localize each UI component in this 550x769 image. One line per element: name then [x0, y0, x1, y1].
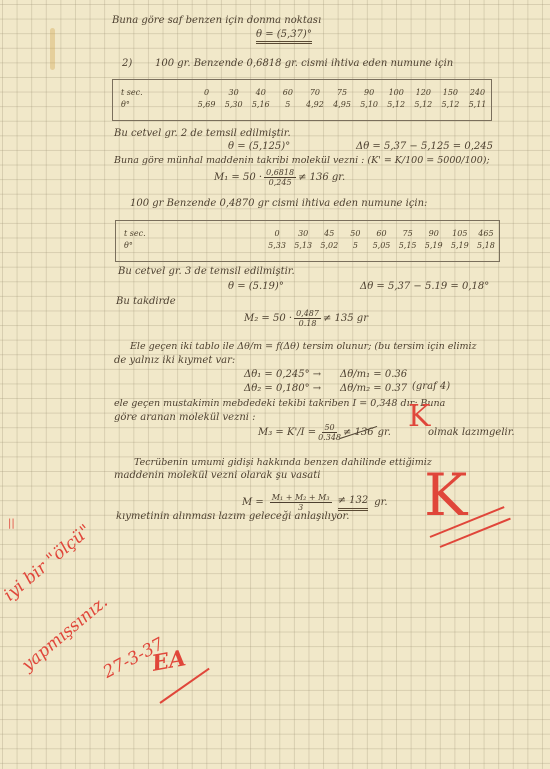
- m3-equation: M₃ = K'/I = 50 0.348 ≠ 136 gr.: [258, 423, 391, 442]
- teacher-comment-line2: yapmışsınız.: [18, 592, 112, 675]
- red-k-mark-small: K: [408, 402, 430, 432]
- table-sample-2: t sec. 0 30 45 50 60 75 90 105 465 θ° 5,…: [115, 220, 500, 262]
- section4-line2: de yalnız iki kıymet var:: [114, 355, 235, 367]
- cell: 5,12: [437, 99, 464, 110]
- cell: 240: [464, 87, 491, 98]
- cell: 465: [473, 228, 499, 239]
- cell: 60: [274, 87, 301, 98]
- section4-line4: göre aranan molekül vezni :: [114, 412, 256, 424]
- section5-line3: kıymetinin alınması lazım geleceği anlaş…: [116, 511, 349, 523]
- cell: 0: [264, 228, 290, 239]
- cell: 5,19: [447, 240, 473, 251]
- m3-struck-result: ≠ 136: [343, 427, 374, 439]
- cell: 5,05: [368, 240, 394, 251]
- m2-result: ≠ 135 gr: [323, 313, 368, 325]
- cell: 5,15: [395, 240, 421, 251]
- cell: 100: [383, 87, 410, 98]
- formula-unit: gr.: [374, 497, 387, 509]
- row-label-time: t sec.: [113, 87, 193, 98]
- section1-intro: Buna göre saf benzen için donma noktası: [112, 15, 321, 27]
- pure-benzene-freezing-point: θ = (5,37)°: [256, 29, 312, 44]
- cell: 5,10: [356, 99, 383, 110]
- table-row-time: t sec. 0 30 40 60 70 75 90 100 120 150 2…: [113, 86, 491, 98]
- m2-numerator: 0,487: [294, 309, 321, 319]
- cell: 5: [274, 99, 301, 110]
- m1-equation: M₁ = 50 · 0,6818 0,245 ≠ 136 gr.: [214, 168, 345, 187]
- cell: 105: [447, 228, 473, 239]
- handwritten-page: Buna göre saf benzen için donma noktası …: [0, 0, 550, 769]
- cell: 5,18: [473, 240, 499, 251]
- cell: 5,30: [220, 99, 247, 110]
- cell: 45: [316, 228, 342, 239]
- section3-note: Bu cetvel gr. 3 de temsil edilmiştir.: [118, 266, 295, 278]
- section2-delta-eq: Δθ = 5,37 − 5,125 = 0,245: [356, 141, 493, 153]
- graph-reference: (graf 4): [412, 381, 450, 393]
- formula-fraction: M₁ + M₂ + M₃ 3: [270, 493, 332, 512]
- section2-number: 2): [122, 58, 132, 70]
- cell: 5,11: [464, 99, 491, 110]
- cell: 40: [247, 87, 274, 98]
- section2-note: Bu cetvel gr. 2 de temsil edilmiştir.: [114, 128, 291, 140]
- m1-fraction: 0,6818 0,245: [264, 168, 296, 187]
- m2-denominator: 0.18: [299, 319, 317, 328]
- cell: 4,92: [301, 99, 328, 110]
- cell: 5,33: [264, 240, 290, 251]
- cell: 5,12: [383, 99, 410, 110]
- formula-result: ≠ 132: [338, 495, 369, 511]
- cell: 5,02: [316, 240, 342, 251]
- cell: 75: [328, 87, 355, 98]
- section5-line1: Tecrübenin umumi gidişi hakkında benzen …: [134, 457, 432, 469]
- red-k-mark-large: K: [424, 466, 467, 524]
- delta1-ratio: Δθ/m₁ = 0.36: [340, 369, 407, 381]
- row-label-theta: θ°: [113, 99, 193, 110]
- section4-line3: ele geçen mustakimin mebdedeki tekibi ta…: [114, 398, 445, 410]
- cell: 30: [220, 87, 247, 98]
- section2-theta-eq: θ = (5,125)°: [228, 141, 290, 153]
- m2-lhs: M₂ = 50 ·: [244, 313, 292, 325]
- m2-fraction: 0,487 0.18: [294, 309, 321, 328]
- paper-stain: [50, 28, 55, 70]
- cell: 5,13: [290, 240, 316, 251]
- m1-result: ≠ 136 gr.: [298, 172, 345, 184]
- row-label-theta: θ°: [116, 240, 264, 251]
- m3-denominator: 0.348: [318, 433, 341, 442]
- cell: 90: [421, 228, 447, 239]
- average-formula: M = M₁ + M₂ + M₃ 3 ≠ 132 gr.: [242, 493, 388, 512]
- cell: 4,95: [328, 99, 355, 110]
- cell: 0: [193, 87, 220, 98]
- section4-line1: Ele geçen iki tablo ile Δθ/m = f(Δθ) ter…: [130, 341, 477, 353]
- m3-lhs: M₃ = K'/I =: [258, 427, 316, 439]
- section3-heading: 100 gr Benzende 0,4870 gr cismi ihtiva e…: [130, 198, 427, 210]
- m3-tail: olmak lazımgelir.: [428, 427, 515, 439]
- m1-denominator: 0,245: [269, 178, 292, 187]
- cell: 60: [368, 228, 394, 239]
- red-tick-marks: ||: [8, 518, 15, 529]
- cell: 70: [301, 87, 328, 98]
- m2-equation: M₂ = 50 · 0,487 0.18 ≠ 135 gr: [244, 309, 368, 328]
- table-row-theta: θ° 5,33 5,13 5,02 5 5,05 5,15 5,19 5,19 …: [116, 239, 499, 251]
- section3-delta-eq: Δθ = 5,37 − 5.19 = 0,18°: [360, 281, 489, 293]
- teacher-comment-line1: iyi bir "ölçü": [0, 521, 95, 605]
- cell: 150: [437, 87, 464, 98]
- table-row-time: t sec. 0 30 45 50 60 75 90 105 465: [116, 227, 499, 239]
- cell: 5: [342, 240, 368, 251]
- cell: 5,19: [421, 240, 447, 251]
- m3-unit: gr.: [378, 427, 391, 439]
- cell: 5,16: [247, 99, 274, 110]
- delta2-ratio: Δθ/m₂ = 0.37: [340, 383, 407, 395]
- cell: 120: [410, 87, 437, 98]
- cell: 5,12: [410, 99, 437, 110]
- delta2-eq: Δθ₂ = 0,180° →: [244, 383, 321, 395]
- m1-numerator: 0,6818: [264, 168, 296, 178]
- formula-numerator: M₁ + M₂ + M₃: [270, 493, 332, 503]
- section1-result: θ = (5,37)°: [256, 29, 312, 41]
- row-label-time: t sec.: [116, 228, 264, 239]
- cell: 75: [395, 228, 421, 239]
- m3-fraction: 50 0.348: [318, 423, 341, 442]
- section2-molecular-line: Buna göre münhal maddenin takribi molekü…: [114, 155, 490, 167]
- section3-theta-eq: θ = (5.19)°: [228, 281, 284, 293]
- section5-line2: maddenin molekül vezni olarak şu vasati: [114, 470, 320, 482]
- m1-lhs: M₁ = 50 ·: [214, 172, 262, 184]
- signature-initials: EA: [150, 645, 188, 676]
- section2-heading: 100 gr. Benzende 0,6818 gr. cismi ihtiva…: [155, 58, 453, 70]
- section3-label: Bu takdirde: [116, 296, 176, 308]
- cell: 50: [342, 228, 368, 239]
- formula-lhs: M =: [242, 497, 264, 509]
- m3-numerator: 50: [322, 423, 336, 433]
- delta1-eq: Δθ₁ = 0,245° →: [244, 369, 321, 381]
- table-row-theta: θ° 5,69 5,30 5,16 5 4,92 4,95 5,10 5,12 …: [113, 98, 491, 110]
- cell: 90: [356, 87, 383, 98]
- cell: 30: [290, 228, 316, 239]
- table-sample-1: t sec. 0 30 40 60 70 75 90 100 120 150 2…: [112, 79, 492, 121]
- cell: 5,69: [193, 99, 220, 110]
